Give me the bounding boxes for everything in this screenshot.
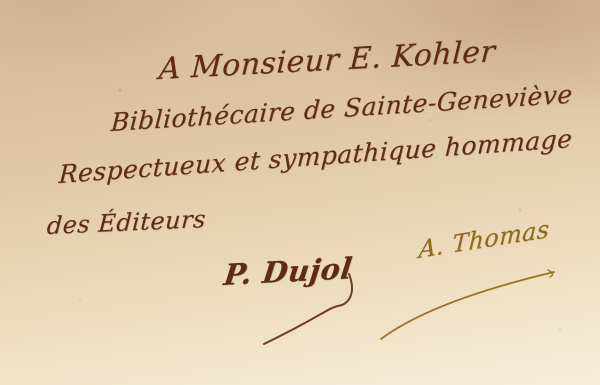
- thomas-underline-stroke: [381, 272, 554, 339]
- thomas-endloop-stroke: [548, 270, 553, 277]
- dedication-line-recipient: A Monsieur E. Kohler: [158, 34, 496, 87]
- signature-thomas: A. Thomas: [418, 215, 550, 264]
- signature-dujol: P. Dujol: [222, 251, 354, 292]
- dedication-line-editors: des Éditeurs: [46, 205, 207, 240]
- inscription-photo: A Monsieur E. Kohler Bibliothécaire de S…: [0, 0, 600, 385]
